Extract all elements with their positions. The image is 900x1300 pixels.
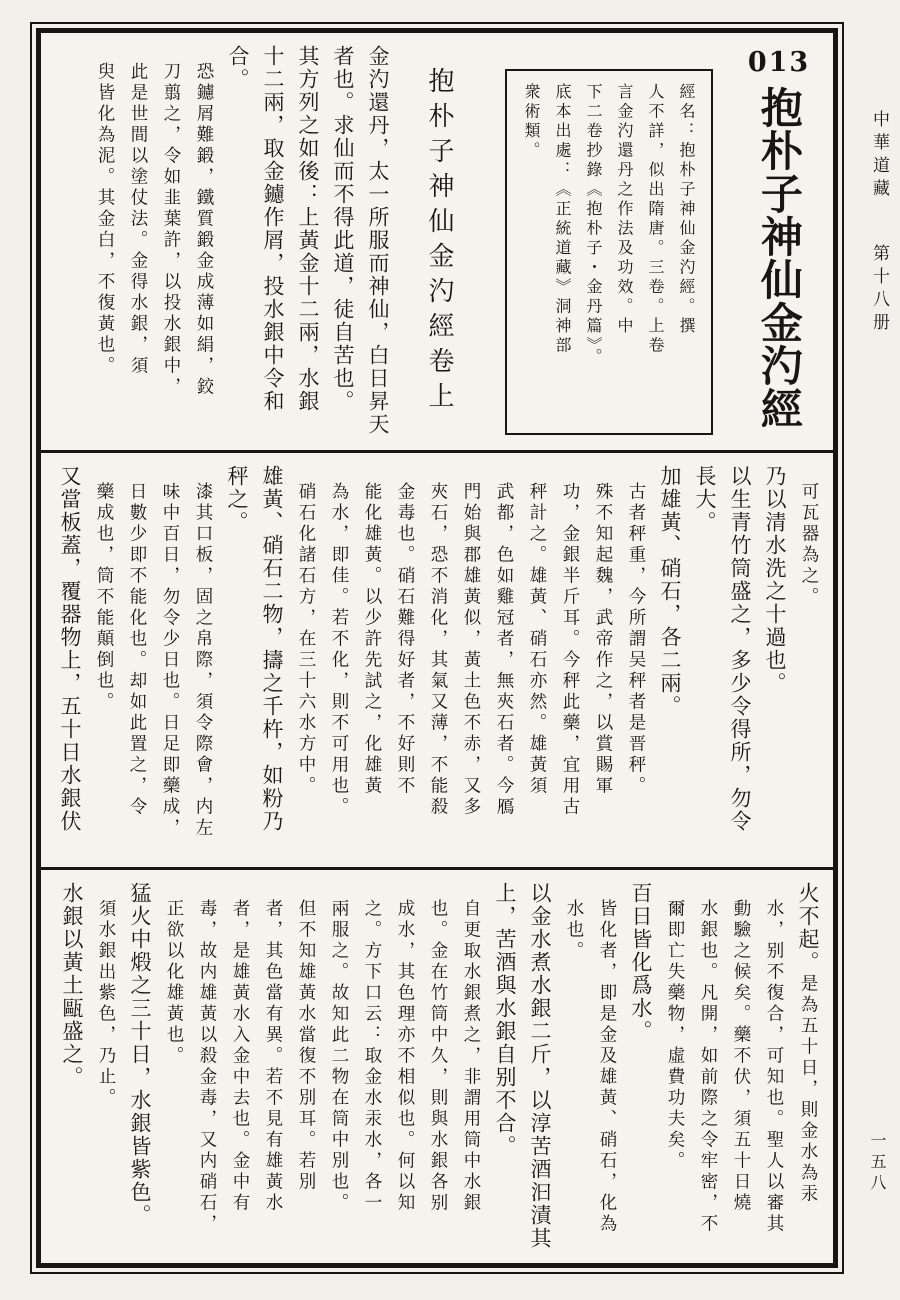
text-column: 成水，其色理亦不相似也。何以知 xyxy=(388,882,421,1251)
text-column: 上，苦酒與水銀自别不合。 xyxy=(487,882,522,1251)
text-column: 金毒也。硝石難得好者，不好則不 xyxy=(388,465,421,855)
page-frame: 013 抱朴子神仙金汋經 經名：抱朴子神仙金汋經。撰人不詳，似出隋唐。三卷。上卷… xyxy=(30,22,844,1274)
text-column: 衆術類。 xyxy=(516,83,547,421)
text-column: 武都，色如雞冠者，無夾石者。今鴈 xyxy=(487,465,520,855)
text-column: 皆化者，即是金及雄黃、硝石，化為 xyxy=(590,882,623,1251)
text-column: 水也。 xyxy=(557,882,590,1251)
text-column: 乃以清水洗之十過也。 xyxy=(757,465,792,855)
text-column: 門始與郡雄黃似，黃土色不赤，又多 xyxy=(454,465,487,855)
text-column: 日數少即不能化也。却如此置之，令 xyxy=(120,465,153,855)
text-column: 自更取水銀煮之，非謂用筒中水銀 xyxy=(454,882,487,1251)
collection-title: 中華道藏 xyxy=(867,110,892,202)
colophon-box: 經名：抱朴子神仙金汋經。撰人不詳，似出隋唐。三卷。上卷言金汋還丹之作法及功效。中… xyxy=(505,69,713,435)
text-column: 者，其色當有異。若不見有雄黃水 xyxy=(256,882,289,1251)
text-column: 長大。 xyxy=(687,465,722,855)
page-frame-inner: 013 抱朴子神仙金汋經 經名：抱朴子神仙金汋經。撰人不詳，似出隋唐。三卷。上卷… xyxy=(36,28,838,1268)
text-column: 水銀也。凡開，如前際之令牢密，不 xyxy=(691,882,724,1251)
text-column: 但不知雄黃水當復不別耳。若別 xyxy=(289,882,322,1251)
text-column: 為水，即佳。若不化，則不可用也。 xyxy=(322,465,355,855)
text-column: 藥成也，筒不能顛倒也。 xyxy=(87,465,120,855)
text-column: 動驗之候矣。藥不伏，須五十日燒 xyxy=(724,882,757,1251)
text-column: 能化雄黃。以少許先試之，化雄黃 xyxy=(355,465,388,855)
text-column: 猛火中煅之三十日，水銀皆紫色。 xyxy=(122,882,157,1251)
text-column: 須水銀出紫色，乃止。 xyxy=(89,882,122,1251)
section-middle: 可瓦器為之。乃以清水洗之十過也。以生青竹筒盛之，多少令得所，勿令長大。加雄黃、硝… xyxy=(41,453,833,867)
text-column: 以金水煮水銀二斤，以淳苦酒汩漬其 xyxy=(522,882,557,1251)
text-column: 夾石，恐不消化，其氣又薄，不能殺 xyxy=(421,465,454,855)
page-number-label: 一五八 xyxy=(866,1132,889,1195)
text-column: 味中百日，勿令少日也。日足即藥成， xyxy=(153,465,186,855)
text-column: 人不詳，似出隋唐。三卷。上卷 xyxy=(640,83,671,421)
text-column: 臾皆化為泥。其金白，不復黃也。 xyxy=(88,45,121,438)
text-column: 水銀以黃土甌盛之。 xyxy=(54,882,89,1251)
text-column: 毒，故内雄黃以殺金毒，又内硝石， xyxy=(190,882,223,1251)
text-column: 以生青竹筒盛之，多少令得所，勿令 xyxy=(722,465,757,855)
text-column: 又當板蓋，覆器物上，五十日水銀伏 xyxy=(52,465,87,855)
text-column: 加雄黃、硝石，各二兩。 xyxy=(652,465,687,855)
text-column: 此是世間以塗仗法。金得水銀，須 xyxy=(121,45,154,438)
text-column: 者也。求仙而不得此道，徒自苦也。 xyxy=(325,45,360,438)
text-column: 經名：抱朴子神仙金汋經。撰 xyxy=(671,83,702,421)
text-column: 下二卷抄錄《抱朴子・金丹篇》。 xyxy=(578,83,609,421)
text-column: 可瓦器為之。 xyxy=(792,465,825,855)
text-column: 十二兩，取金鑢作屑，投水銀中令和 xyxy=(255,45,290,438)
text-column: 漆其口板，固之帛際，須令際會，内左 xyxy=(186,465,219,855)
text-column: 秤計之。雄黃、硝石亦然。雄黃須 xyxy=(520,465,553,855)
text-column: 殊不知起魏，武帝作之，以賞賜軍 xyxy=(586,465,619,855)
text-column: 秤之。 xyxy=(219,465,254,855)
text-column: 恐鑢屑難鍛，鐵質鍛金成薄如絹，鉸 xyxy=(187,45,220,438)
header-column: 013 抱朴子神仙金汋經 xyxy=(733,45,825,438)
text-column: 金汋還丹，太一所服而神仙，白日昇天 xyxy=(360,45,395,438)
text-column: 兩服之。故知此二物在筒中別也。 xyxy=(322,882,355,1251)
document-title: 抱朴子神仙金汋經 xyxy=(757,86,801,430)
text-column: 者，是雄黃水入金中去也。金中有 xyxy=(223,882,256,1251)
text-column: 言金汋還丹之作法及功效。中 xyxy=(609,83,640,421)
text-column: 火不起。是為五十日，則金水為汞 xyxy=(790,882,825,1251)
text-segment: 火不起。 xyxy=(796,882,820,974)
text-column: 正欲以化雄黃也。 xyxy=(157,882,190,1251)
text-column: 也。金在竹筒中久，則與水銀各别 xyxy=(421,882,454,1251)
text-column: 爾即亡失藥物，虛費功夫矣。 xyxy=(658,882,691,1251)
section-bottom: 火不起。是為五十日，則金水為汞水，别不復合，可知也。聖人以審其動驗之候矣。藥不伏… xyxy=(41,870,833,1263)
text-column: 雄黃、硝石二物，擣之千杵，如粉乃 xyxy=(254,465,289,855)
text-column: 古者秤重，今所謂吴秤者是晋秤。 xyxy=(619,465,652,855)
text-column: 其方列之如後：上黃金十二兩，水銀 xyxy=(290,45,325,438)
text-segment: 是為五十日，則金水為汞 xyxy=(798,974,818,1205)
text-column: 之。方下口云：取金水汞水，各一 xyxy=(355,882,388,1251)
text-column: 功，金銀半斤耳。今秤此藥，宜用古 xyxy=(553,465,586,855)
text-column: 水，别不復合，可知也。聖人以審其 xyxy=(757,882,790,1251)
text-column: 底本出處：《正統道藏》洞神部 xyxy=(547,83,578,421)
text-column: 合。 xyxy=(220,45,255,438)
text-column: 百日皆化爲水。 xyxy=(623,882,658,1251)
section-top: 013 抱朴子神仙金汋經 經名：抱朴子神仙金汋經。撰人不詳，似出隋唐。三卷。上卷… xyxy=(41,33,833,450)
volume-label: 第十八册 xyxy=(867,244,892,336)
text-column: 硝石化諸石方，在三十六水方中。 xyxy=(289,465,322,855)
document-number: 013 xyxy=(733,47,825,78)
text-column: 抱朴子神仙金汋經卷上 xyxy=(395,45,483,438)
text-column: 刀翦之，令如韭葉許，以投水銀中， xyxy=(154,45,187,438)
